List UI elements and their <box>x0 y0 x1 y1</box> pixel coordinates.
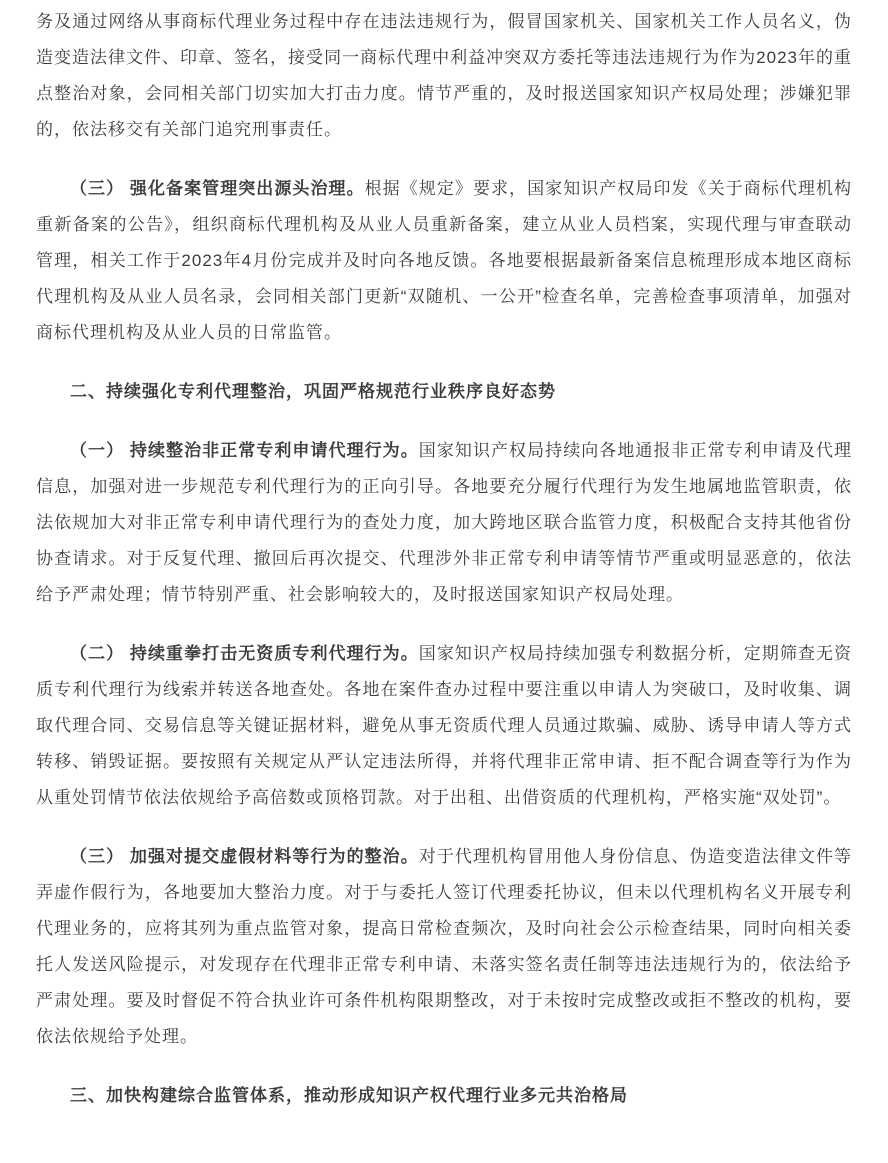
paragraph-item-1-abnormal-patent: （一） 持续整治非正常专利申请代理行为。国家知识产权局持续向各地通报非正常专利申… <box>36 433 852 613</box>
section-heading-3: 三、加快构建综合监管体系，推动形成知识产权代理行业多元共治格局 <box>36 1078 852 1114</box>
paragraph-bold-lead: （二） 持续重拳打击无资质专利代理行为。 <box>70 644 419 663</box>
document-text-area: 务及通过网络从事商标代理业务过程中存在违法违规行为，假冒国家机关、国家机关工作人… <box>0 0 888 1114</box>
paragraph-text: 根据《规定》要求，国家知识产权局印发《关于商标代理机构重新备案的公告》，组织商标… <box>36 179 852 342</box>
paragraph-text: 国家知识产权局持续向各地通报非正常专利申请及代理信息，加强对进一步规范专利代理行… <box>36 441 852 604</box>
document-page: 务及通过网络从事商标代理业务过程中存在违法违规行为，假冒国家机关、国家机关工作人… <box>0 0 888 1163</box>
paragraph-text: 国家知识产权局持续加强专利数据分析，定期筛查无资质专利代理行为线索并转送各地查处… <box>36 644 852 807</box>
section-heading-text: 二、持续强化专利代理整治，巩固严格规范行业秩序良好态势 <box>70 382 556 401</box>
paragraph-item-2-unqualified-agency: （二） 持续重拳打击无资质专利代理行为。国家知识产权局持续加强专利数据分析，定期… <box>36 636 852 816</box>
paragraph-bold-lead: （一） 持续整治非正常专利申请代理行为。 <box>70 441 419 460</box>
paragraph-text: 对于代理机构冒用他人身份信息、伪造变造法律文件等弄虚作假行为，各地要加大整治力度… <box>36 847 852 1046</box>
paragraph-item-3-trademark-filing: （三） 强化备案管理突出源头治理。根据《规定》要求，国家知识产权局印发《关于商标… <box>36 171 852 351</box>
section-heading-text: 三、加快构建综合监管体系，推动形成知识产权代理行业多元共治格局 <box>70 1086 628 1105</box>
paragraph-text: 务及通过网络从事商标代理业务过程中存在违法违规行为，假冒国家机关、国家机关工作人… <box>36 12 852 139</box>
paragraph-continuation: 务及通过网络从事商标代理业务过程中存在违法违规行为，假冒国家机关、国家机关工作人… <box>36 4 852 148</box>
section-heading-2: 二、持续强化专利代理整治，巩固严格规范行业秩序良好态势 <box>36 374 852 410</box>
paragraph-bold-lead: （三） 强化备案管理突出源头治理。 <box>70 179 365 198</box>
paragraph-bold-lead: （三） 加强对提交虚假材料等行为的整治。 <box>70 847 419 866</box>
paragraph-item-3-false-materials: （三） 加强对提交虚假材料等行为的整治。对于代理机构冒用他人身份信息、伪造变造法… <box>36 839 852 1055</box>
